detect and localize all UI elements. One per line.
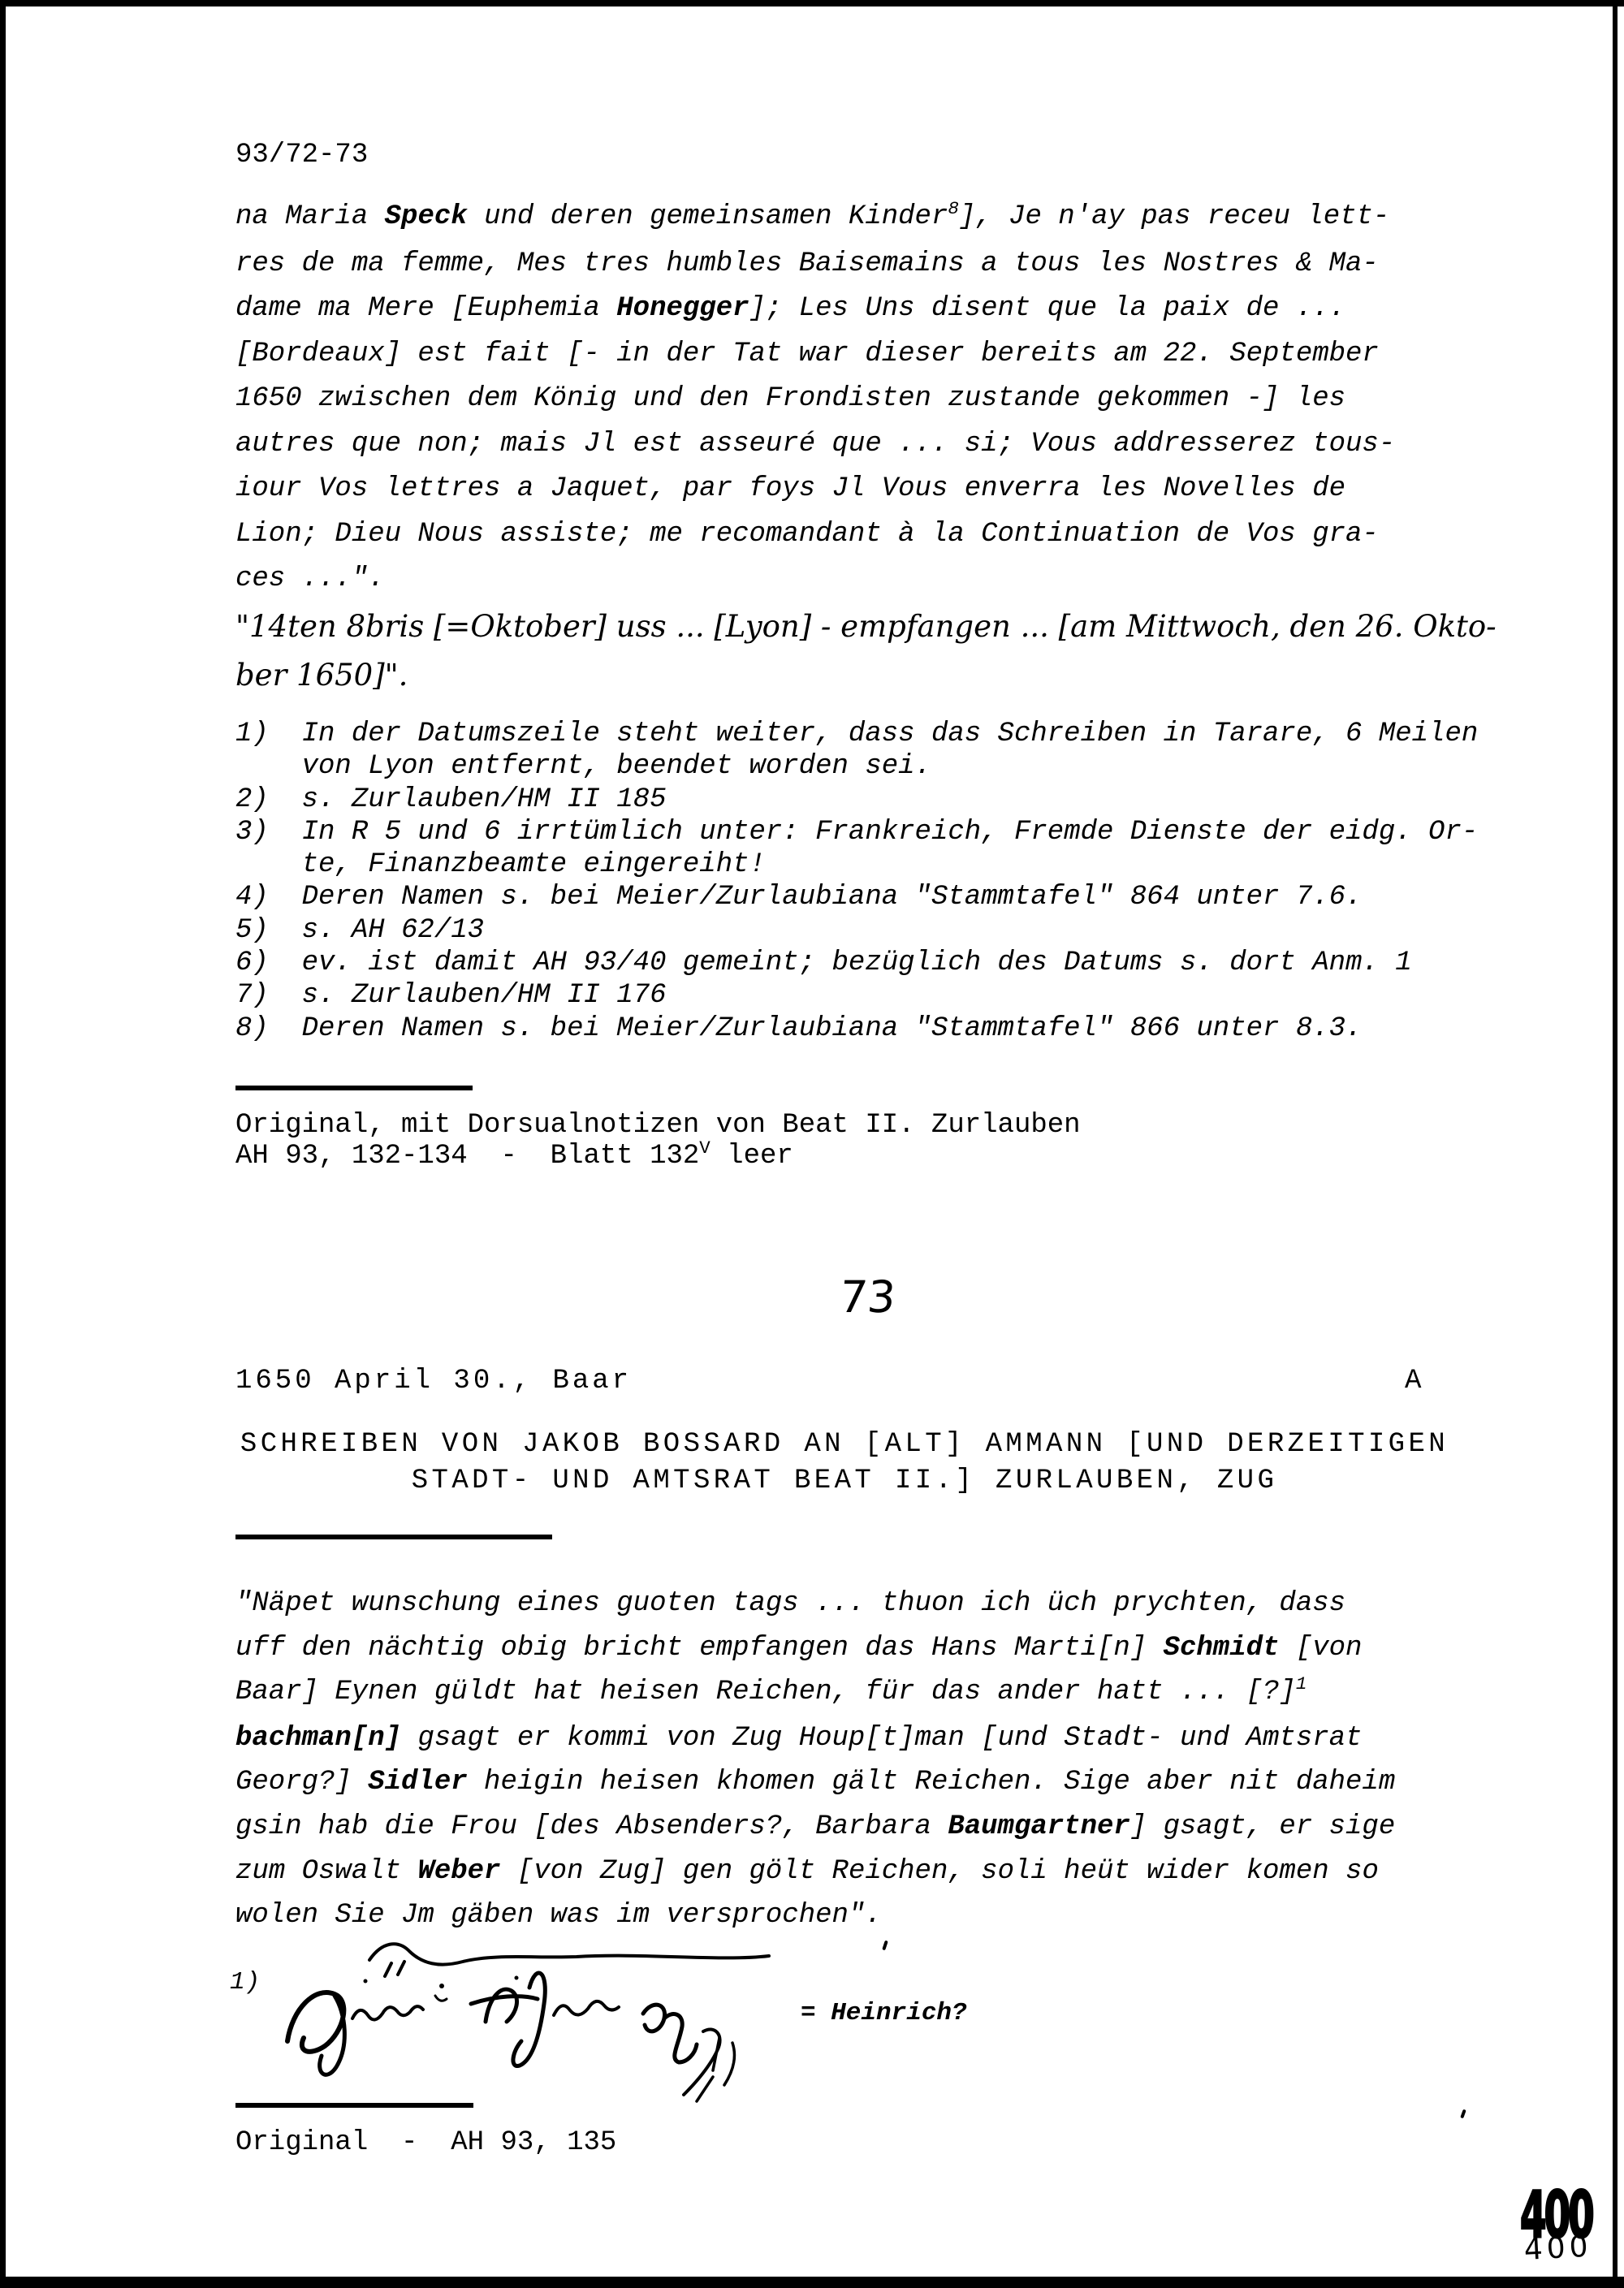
title-separator-rule <box>235 1535 552 1539</box>
ink-speck <box>1460 2109 1466 2119</box>
entry-73-title: SCHREIBEN VON JAKOB BOSSARD AN [ALT] AMM… <box>235 1427 1453 1500</box>
entry-72-text: na Maria Speck und deren gemeinsamen Kin… <box>235 195 1395 602</box>
ink-speck <box>882 1940 888 1951</box>
entry-73-quote: "Näpet wunschung eines guoten tags ... t… <box>235 1582 1395 1938</box>
archive-page: 93/72-73 na Maria Speck und deren gemein… <box>0 0 1624 2288</box>
signature-annotation: = Heinrich? <box>801 1999 967 2027</box>
footnote-separator-rule <box>235 1086 473 1090</box>
page-number-header: 93/72-73 <box>235 140 368 171</box>
handwritten-signature <box>268 1931 788 2109</box>
scan-border-top <box>0 0 1624 6</box>
entry-72-quote-script: "14ten 8bris [=Oktober] uss ... [Lyon] -… <box>235 602 1497 700</box>
scan-border-bottom <box>0 2277 1624 2288</box>
entry-72-footnotes: 1) In der Datumszeile steht weiter, dass… <box>235 718 1478 1045</box>
provenance-note: Original, mit Dorsualnotizen von Beat II… <box>235 1110 1081 1173</box>
source-note: Original - AH 93, 135 <box>235 2127 616 2158</box>
entry-73-corner-letter: A <box>1405 1366 1421 1397</box>
source-separator-rule <box>235 2103 473 2108</box>
entry-73-date-line: 1650 April 30., Baar <box>235 1366 632 1397</box>
entry-73-number: 73 <box>837 1271 897 1323</box>
scan-border-right <box>1613 3 1618 2288</box>
scan-border-left <box>0 0 6 2288</box>
signature-footnote-marker: 1) <box>230 1968 260 1997</box>
handwritten-page-number-small: 400 <box>1523 2233 1592 2265</box>
